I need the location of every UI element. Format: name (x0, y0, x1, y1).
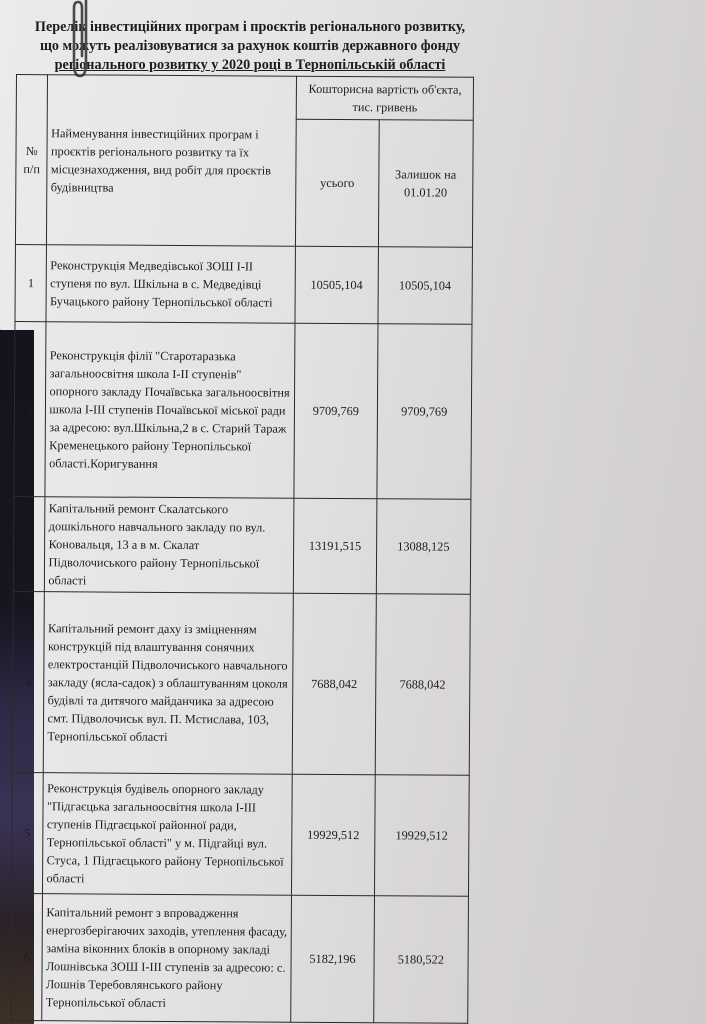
header-remainder: Залишок на 01.01.20 (378, 120, 473, 248)
row-remainder: 19929,512 (374, 775, 469, 897)
row-name: Капітальний ремонт з впровадження енерго… (42, 894, 292, 1023)
row-total: 5182,196 (291, 895, 374, 1023)
projects-table: № п/п Найменування інвестиційних програм… (10, 74, 474, 1024)
row-remainder: 5180,522 (373, 896, 468, 1024)
header-name: Найменування інвестиційних програм і про… (47, 75, 297, 247)
table-row: 5 Реконструкція будівель опорного заклад… (11, 772, 469, 896)
header-number: № п/п (15, 75, 48, 245)
row-number: 6 (11, 893, 43, 1020)
row-total: 19929,512 (292, 774, 375, 896)
table-row: 1 Реконструкція Медведівської ЗОШ І-ІІ с… (15, 244, 472, 324)
row-name: Реконструкція філії "Старотаразька загал… (45, 322, 295, 499)
row-name: Капітальний ремонт даху із зміцненням ко… (44, 592, 294, 775)
row-name: Реконструкція будівель опорного закладу … (43, 773, 293, 896)
row-remainder: 10505,104 (377, 247, 472, 325)
row-name: Капітальний ремонт Скалатського дошкільн… (45, 497, 294, 594)
row-total: 9709,769 (294, 323, 377, 498)
row-number: 2 (14, 321, 47, 496)
table-header-row-1: № п/п Найменування інвестиційних програм… (16, 75, 473, 121)
paperclip-icon (72, 0, 94, 82)
row-remainder: 9709,769 (376, 324, 472, 500)
header-total: усього (296, 119, 379, 247)
table-row: 2 Реконструкція філії "Старотаразька заг… (14, 321, 472, 499)
row-total: 13191,515 (294, 498, 377, 594)
row-remainder: 7688,042 (375, 594, 471, 776)
header-cost-group: Кошторисна вартість об'єкта, тис. гривен… (296, 76, 473, 120)
row-remainder: 13088,125 (376, 499, 471, 595)
table-row: 4 Капітальний ремонт даху із зміцненням … (12, 591, 470, 775)
row-number: 3 (13, 496, 45, 591)
row-name: Реконструкція Медведівської ЗОШ І-ІІ сту… (46, 245, 295, 324)
row-total: 10505,104 (295, 246, 378, 324)
row-number: 4 (12, 591, 45, 772)
row-number: 5 (11, 772, 43, 893)
table-row: 3 Капітальний ремонт Скалатського дошкіл… (13, 496, 471, 594)
table-row: 6 Капітальний ремонт з впровадження енер… (11, 893, 469, 1023)
row-total: 7688,042 (292, 593, 375, 774)
row-number: 1 (15, 244, 47, 321)
